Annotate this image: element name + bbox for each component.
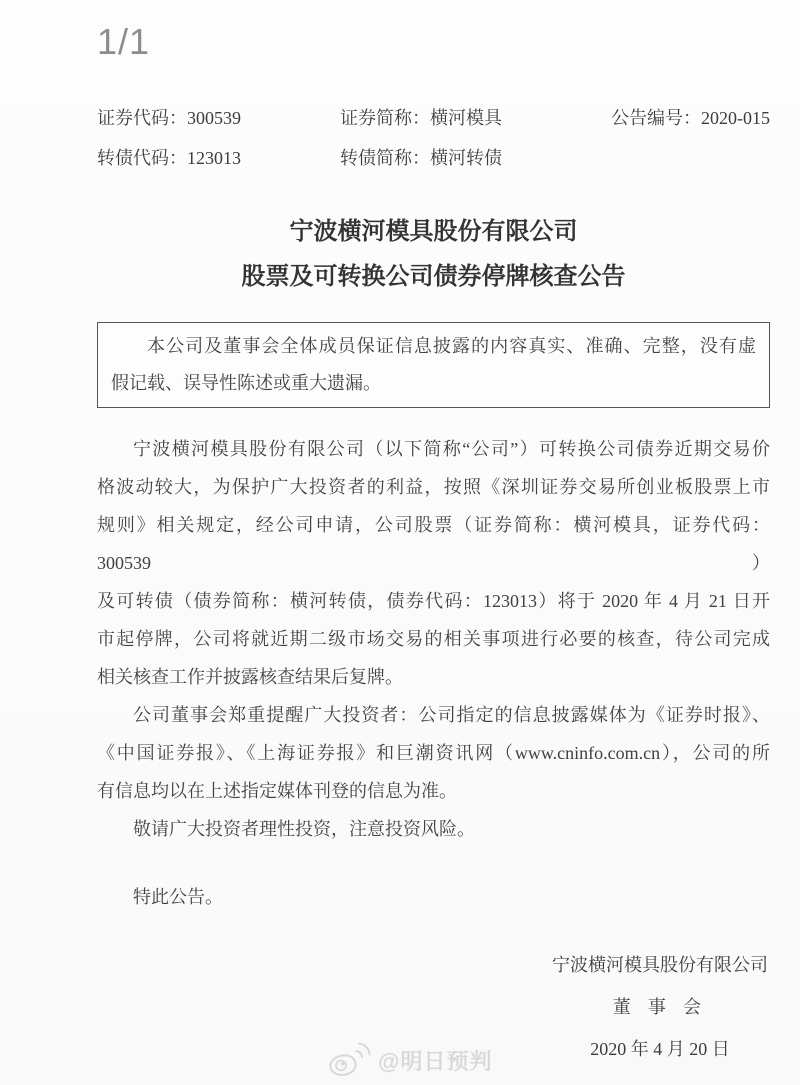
document-body: 宁波横河模具股份有限公司（以下简称“公司”）可转换公司债券近期交易价 格波动较大… xyxy=(97,430,770,916)
risk-reminder-line: 敬请广大投资者理性投资，注意投资风险。 xyxy=(97,810,770,848)
document-title: 宁波横河模具股份有限公司 股票及可转换公司债券停牌核查公告 xyxy=(97,210,770,300)
watermark: @明日预判 xyxy=(328,1040,492,1080)
body-line: 《中国证券报》、《上海证券报》和巨潮资讯网（www.cninfo.com.cn）… xyxy=(97,734,770,772)
body-line: 格波动较大，为保护广大投资者的利益，按照《深圳证券交易所创业板股票上市 xyxy=(97,468,770,506)
closing-line: 特此公告。 xyxy=(97,878,770,916)
title-company-line: 宁波横河模具股份有限公司 xyxy=(97,210,770,255)
announcement-header: 证券代码：300539 证券简称：横河模具 公告编号：2020-015 转债代码… xyxy=(97,98,770,178)
body-line: 市起停牌，公司将就近期二级市场交易的相关事项进行必要的核查，待公司完成 xyxy=(97,620,770,658)
signature-board: 董 事 会 xyxy=(552,986,768,1028)
document-page: 证券代码：300539 证券简称：横河模具 公告编号：2020-015 转债代码… xyxy=(0,98,800,1070)
stock-name: 证券简称：横河模具 xyxy=(340,98,611,138)
body-line: 有信息均以在上述指定媒体刊登的信息为准。 xyxy=(97,772,770,810)
body-line: 宁波横河模具股份有限公司（以下简称“公司”）可转换公司债券近期交易价 xyxy=(97,430,770,468)
body-line: 规则》相关规定，经公司申请，公司股票（证券简称：横河模具，证券代码：300539… xyxy=(97,506,770,582)
weibo-icon xyxy=(328,1040,372,1080)
declaration-box: 本公司及董事会全体成员保证信息披露的内容真实、准确、完整，没有虚 假记载、误导性… xyxy=(97,322,770,408)
body-line: 公司董事会郑重提醒广大投资者：公司指定的信息披露媒体为《证券时报》、 xyxy=(97,696,770,734)
bond-code: 转债代码：123013 xyxy=(97,138,340,178)
stock-code: 证券代码：300539 xyxy=(97,98,340,138)
signature-company: 宁波横河模具股份有限公司 xyxy=(552,944,768,986)
body-line: 及可转债（债券简称：横河转债，债券代码：123013）将于 2020 年 4 月… xyxy=(97,582,770,620)
title-subject-line: 股票及可转换公司债券停牌核查公告 xyxy=(97,255,770,300)
signature-date: 2020 年 4 月 20 日 xyxy=(552,1028,768,1070)
declaration-line: 假记载、误导性陈述或重大遗漏。 xyxy=(111,365,756,402)
page-indicator: 1/1 xyxy=(97,20,800,64)
declaration-line: 本公司及董事会全体成员保证信息披露的内容真实、准确、完整，没有虚 xyxy=(111,328,756,365)
body-line: 相关核查工作并披露核查结果后复牌。 xyxy=(97,658,770,696)
announcement-number: 公告编号：2020-015 xyxy=(611,98,770,138)
bond-name: 转债简称：横河转债 xyxy=(340,138,611,178)
watermark-text: @明日预判 xyxy=(378,1045,492,1076)
